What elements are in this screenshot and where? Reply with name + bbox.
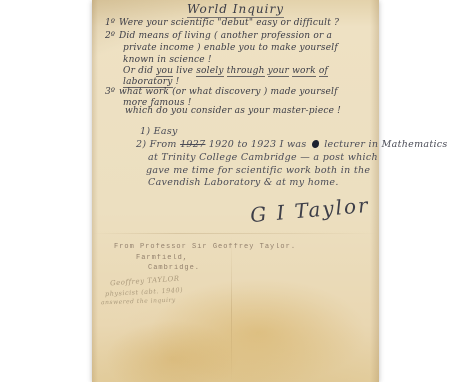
question-1-number: 1º	[105, 18, 115, 28]
question-3-number: 3º	[105, 87, 115, 97]
text-segment: your	[268, 66, 289, 77]
question-3-line1: what work (or what discovery ) made your…	[119, 87, 338, 97]
text-segment: you	[156, 66, 173, 77]
question-3-line3: which do you consider as your master-pie…	[125, 106, 341, 116]
pencil-note-name: Geoffrey TAYLOR	[110, 275, 180, 288]
letter-title: World Inquiry	[92, 2, 379, 16]
text-segment: 2) From	[136, 139, 180, 150]
question-2-line4: Or did you live solely through your work…	[123, 66, 328, 76]
pencil-note-extra: answered the inquiry	[101, 297, 176, 307]
answer-2-line4: Cavendish Laboratory & at my home.	[148, 177, 339, 188]
text-segment: 1920 to 1923 I was	[205, 139, 309, 150]
text-segment: through	[227, 66, 265, 77]
question-2-line1: Did means of living ( another profession…	[119, 31, 332, 41]
typed-sender-line: From Professor Sir Geoffrey Taylor.	[114, 243, 296, 251]
answer-2-line1: 2) From 1927 1920 to 1923 I was lecturer…	[136, 139, 448, 150]
ink-blot	[312, 140, 319, 148]
text-segment: work	[292, 66, 316, 77]
text-segment: !	[173, 77, 180, 87]
letter-paper: World Inquiry 1º Were your scientific "d…	[92, 0, 379, 382]
question-2-line2: private income ) enable you to make your…	[123, 43, 338, 53]
question-2-number: 2º	[105, 31, 115, 41]
question-2-line3: known in science !	[123, 55, 212, 65]
text-segment: Or did	[123, 66, 156, 76]
text-segment: 1927	[180, 139, 205, 150]
typed-address-line2: Cambridge.	[148, 264, 200, 272]
answer-1: 1) Easy	[140, 126, 178, 137]
signature-gi-taylor: G I Taylor	[249, 193, 370, 227]
text-segment: lecturer in Mathematics	[321, 139, 448, 150]
typed-address-line1: Farmfield,	[136, 254, 188, 262]
text-segment: live	[173, 66, 196, 76]
text-segment: of	[319, 66, 328, 77]
text-segment: solely	[196, 66, 223, 77]
scanned-letter-canvas: World Inquiry 1º Were your scientific "d…	[0, 0, 468, 382]
fold-crease-horizontal	[92, 233, 379, 234]
question-1-text: Were your scientific "debut" easy or dif…	[119, 18, 339, 28]
answer-2-line3: gave me time for scientific work both in…	[146, 165, 370, 176]
answer-2-line2: at Trinity College Cambridge — a post wh…	[148, 152, 378, 163]
question-2-line5: laboratory !	[123, 77, 179, 87]
fold-crease-vertical	[231, 236, 232, 382]
